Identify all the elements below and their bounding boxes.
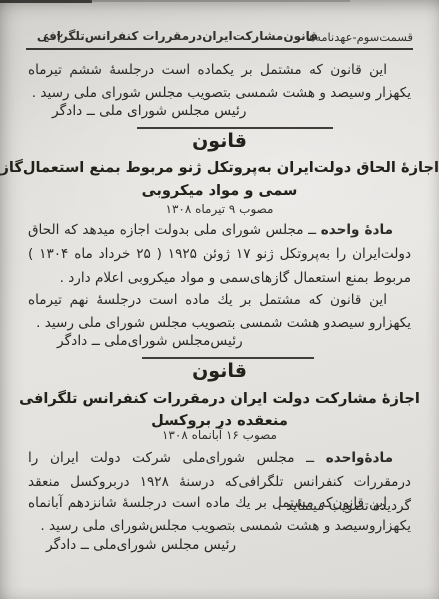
law1-subtitle-line1: اجازهٔ الحاق دولت‌ایران به‌پروتکل ژنو مر… [0, 156, 439, 179]
law2-article-label: مادهٔ‌واحده [326, 450, 393, 466]
law1-approval-date: مصوب ۹ تیرماه ۱۳۰۸ [0, 202, 439, 216]
scanned-law-gazette-page: قسمت‌سوم-عهدنامه‌ها قانون‌مشارکت‌ایران‌د… [0, 0, 439, 599]
law1-subtitle-line2: سمی و مواد میکروبی [0, 179, 439, 202]
law2-closing-paragraph: این قانون‌که مشتمل بر یك ماده است درجلسه… [28, 492, 411, 538]
section-divider-2 [142, 357, 314, 359]
law1-article-label: مادهٔ واحده [321, 222, 393, 238]
scan-edge-artifact [0, 0, 92, 3]
law2-subtitle-line1: اجازهٔ مشارکت دولت ایران درمقررات کنفران… [0, 387, 439, 410]
law1-closing-paragraph: این قانون که مشتمل بر یك ماده است درجلسه… [28, 289, 411, 335]
law2-approval-date: مصوب ۱۶ آبانماه ۱۳۰۸ [0, 428, 439, 442]
scan-edge-artifact-light [90, 0, 350, 2]
law1-single-article-paragraph: مادهٔ واحده ــ مجلس شورای ملی بدولت اجاز… [28, 218, 411, 290]
law2-article-separator: ــ [294, 450, 325, 466]
signature-line-3: رئیس مجلس شورای‌ملی ــ دادگر [46, 537, 236, 553]
law2-title: قانون [0, 360, 439, 382]
section-divider-1 [137, 127, 333, 129]
signature-line-2: رئیس‌مجلس شورای‌ملی ــ دادگر [57, 333, 243, 349]
law1-title: قانون [0, 130, 439, 152]
law1-article-separator: ــ [304, 222, 321, 238]
header-rule [26, 48, 413, 50]
signature-line-1: رئیس مجلس شورای ملی ــ دادگر [52, 103, 246, 119]
previous-law-closing-paragraph: این قانون که مشتمل بر یکماده است درجلسهٔ… [28, 59, 411, 105]
header-running-title: قانون‌مشارکت‌ایران‌درمقررات کنفرانس‌تلگر… [118, 29, 318, 43]
header-page-number: ٤٠٢ [36, 30, 70, 45]
header-section-label: قسمت‌سوم-عهدنامه‌ها [306, 30, 413, 44]
